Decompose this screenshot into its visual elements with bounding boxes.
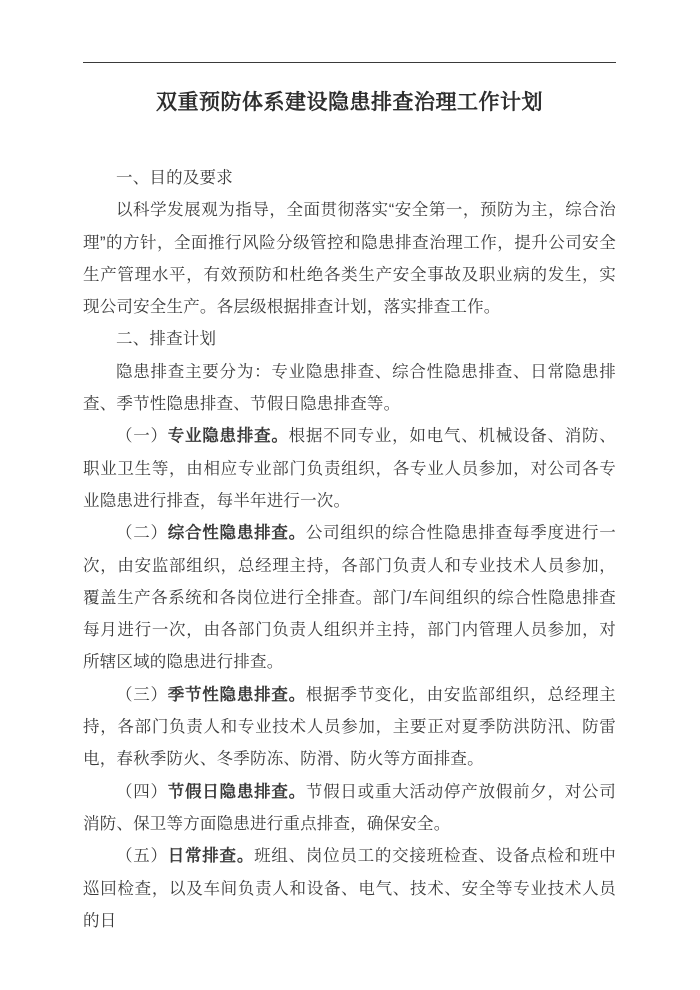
text-run: 公司组织的综合性隐患排查每季度进行一次，由安监部组织，总经理主持，各部门负责人和… [83, 524, 616, 671]
paragraph: 以科学发展观为指导，全面贯彻落实“安全第一，预防为主，综合治理”的方针，全面推行… [83, 194, 616, 323]
text-run: （五） [116, 847, 168, 865]
paragraph: （三）季节性隐患排查。根据季节变化，由安监部组织，总经理主持，各部门负责人和专业… [83, 679, 616, 776]
paragraph: 隐患排查主要分为：专业隐患排查、综合性隐患排查、日常隐患排查、季节性隐患排查、节… [83, 356, 616, 421]
paragraph-lead-label: 专业隐患排查。 [168, 427, 289, 445]
paragraph: （四）节假日隐患排查。节假日或重大活动停产放假前夕，对公司消防、保卫等方面隐患进… [83, 776, 616, 841]
text-run: 隐患排查主要分为：专业隐患排查、综合性隐患排查、日常隐患排查、季节性隐患排查、节… [83, 363, 616, 413]
paragraph: （五）日常排查。班组、岗位员工的交接班检查、设备点检和班中巡回检查，以及车间负责… [83, 840, 616, 937]
paragraph: （一）专业隐患排查。根据不同专业，如电气、机械设备、消防、职业卫生等，由相应专业… [83, 420, 616, 517]
header-rule [83, 62, 616, 63]
document-body: 一、目的及要求以科学发展观为指导，全面贯彻落实“安全第一，预防为主，综合治理”的… [83, 162, 616, 937]
document-title: 双重预防体系建设隐患排查治理工作计划 [83, 92, 616, 113]
document-content: 双重预防体系建设隐患排查治理工作计划 一、目的及要求以科学发展观为指导，全面贯彻… [83, 0, 616, 937]
text-run: 以科学发展观为指导，全面贯彻落实“安全第一，预防为主，综合治理”的方针，全面推行… [83, 201, 616, 316]
text-run: （二） [116, 524, 168, 542]
text-run: 一、目的及要求 [116, 169, 233, 187]
document-page: 双重预防体系建设隐患排查治理工作计划 一、目的及要求以科学发展观为指导，全面贯彻… [0, 0, 700, 990]
text-run: 二、排查计划 [116, 330, 216, 348]
paragraph: （二）综合性隐患排查。公司组织的综合性隐患排查每季度进行一次，由安监部组织，总经… [83, 517, 616, 678]
paragraph-lead-label: 节假日隐患排查。 [168, 783, 306, 801]
paragraph-lead-label: 综合性隐患排查。 [168, 524, 306, 542]
section-heading: 二、排查计划 [83, 323, 616, 355]
text-run: （四） [116, 783, 168, 801]
paragraph-lead-label: 日常排查。 [168, 847, 254, 865]
text-run: （三） [116, 686, 168, 704]
text-run: （一） [116, 427, 168, 445]
section-heading: 一、目的及要求 [83, 162, 616, 194]
paragraph-lead-label: 季节性隐患排查。 [168, 686, 306, 704]
